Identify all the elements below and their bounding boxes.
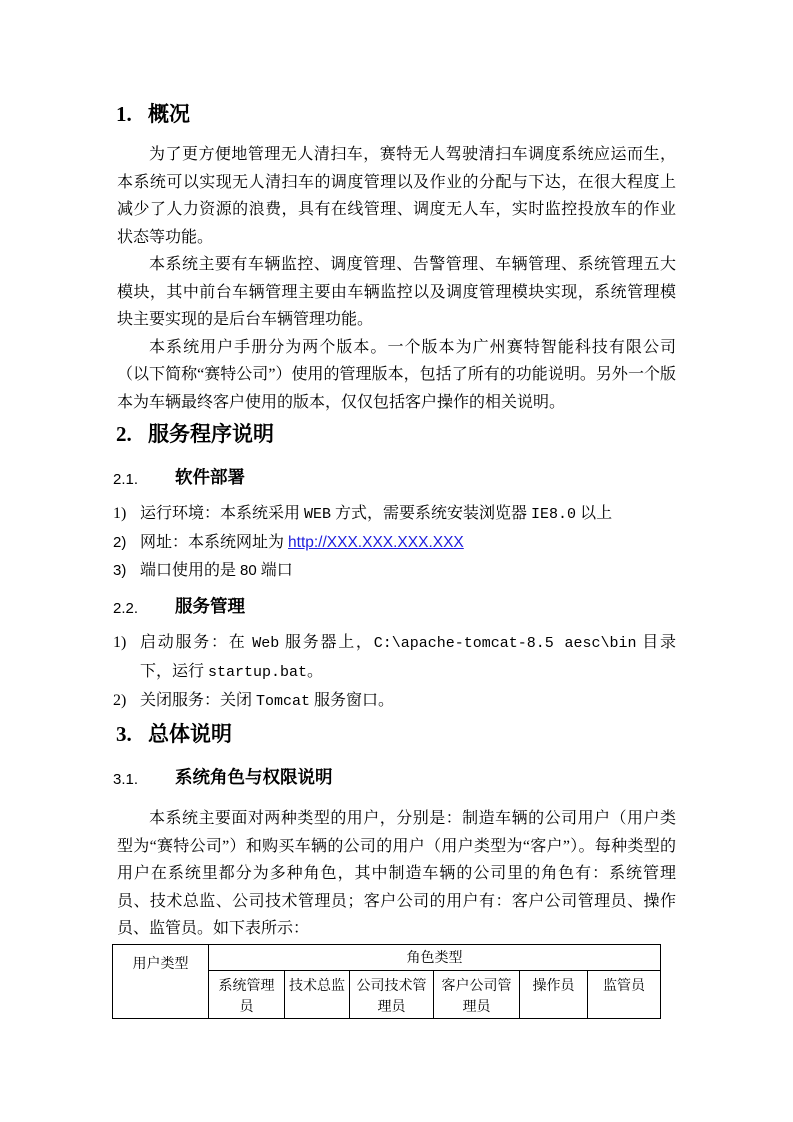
heading-software-deployment: 2.1. 软件部署 xyxy=(113,465,676,492)
list-marker: 1) xyxy=(113,629,140,687)
text-run: 运行环境：本系统采用 xyxy=(140,505,304,522)
code-run: IE8.0 xyxy=(531,506,576,523)
text-run: 。 xyxy=(307,663,323,680)
code-run: WEB xyxy=(304,506,331,523)
heading-service-program: 2. 服务程序说明 xyxy=(113,420,676,448)
heading-overview: 1. 概况 xyxy=(113,100,676,128)
heading-number: 2.1. xyxy=(113,465,175,492)
user-type-header-cell: 用户类型 xyxy=(113,944,209,1018)
heading-title: 系统角色与权限说明 xyxy=(175,765,333,792)
heading-number: 3. xyxy=(116,720,148,748)
list-item-text: 关闭服务：关闭 Tomcat 服务窗口。 xyxy=(140,687,676,716)
heading-number: 2.2. xyxy=(113,594,175,621)
heading-title: 概况 xyxy=(148,100,190,128)
text-run: 启动服务：在 xyxy=(140,634,252,651)
heading-title: 服务程序说明 xyxy=(148,420,274,448)
service-management-list: 1) 启动服务：在 Web 服务器上，C:\apache-tomcat-8.5 … xyxy=(113,629,676,716)
text-run: 端口使用的是 xyxy=(140,562,240,579)
list-item-text: 运行环境：本系统采用 WEB 方式，需要系统安装浏览器 IE8.0 以上 xyxy=(140,500,676,529)
list-item: 1) 运行环境：本系统采用 WEB 方式，需要系统安装浏览器 IE8.0 以上 xyxy=(113,500,676,529)
text-run: 以上 xyxy=(576,505,612,522)
system-url-link[interactable]: http://XXX.XXX.XXX.XXX xyxy=(288,534,464,551)
list-item-text: 端口使用的是 80 端口 xyxy=(140,557,676,585)
text-run: 服务窗口。 xyxy=(310,692,394,709)
heading-number: 3.1. xyxy=(113,765,175,792)
heading-general-description: 3. 总体说明 xyxy=(113,720,676,748)
list-item: 2) 关闭服务：关闭 Tomcat 服务窗口。 xyxy=(113,687,676,716)
roles-paragraph: 本系统主要面对两种类型的用户，分别是：制造车辆的公司用户（用户类型为“赛特公司”… xyxy=(117,805,676,943)
list-item: 2) 网址：本系统网址为 http://XXX.XXX.XXX.XXX xyxy=(113,529,676,557)
role-cell-tech-director: 技术总监 xyxy=(285,970,350,1018)
heading-number: 1. xyxy=(116,100,148,128)
heading-roles-permissions: 3.1. 系统角色与权限说明 xyxy=(113,765,676,792)
list-marker: 1) xyxy=(113,500,140,529)
port-number: 80 xyxy=(240,562,257,579)
text-run: 服务器上， xyxy=(279,634,373,651)
deployment-list: 1) 运行环境：本系统采用 WEB 方式，需要系统安装浏览器 IE8.0 以上 … xyxy=(113,500,676,585)
text-run: 端口 xyxy=(257,562,293,579)
document-page: 1. 概况 为了更方便地管理无人清扫车，赛特无人驾驶清扫车调度系统应运而生，本系… xyxy=(0,0,793,1122)
role-cell-company-tech-admin: 公司技术管理员 xyxy=(350,970,434,1018)
code-run: Tomcat xyxy=(256,693,310,710)
heading-title: 服务管理 xyxy=(175,594,245,621)
role-type-header-cell: 角色类型 xyxy=(209,944,661,970)
heading-service-management: 2.2. 服务管理 xyxy=(113,594,676,621)
role-cell-customer-company-admin: 客户公司管理员 xyxy=(434,970,520,1018)
list-item-text: 启动服务：在 Web 服务器上，C:\apache-tomcat-8.5 aes… xyxy=(140,629,676,687)
role-cell-supervisor: 监管员 xyxy=(588,970,661,1018)
role-cell-system-admin: 系统管理员 xyxy=(209,970,285,1018)
table-row: 用户类型 角色类型 xyxy=(113,944,661,970)
list-marker: 2) xyxy=(113,529,140,557)
list-item-text: 网址：本系统网址为 http://XXX.XXX.XXX.XXX xyxy=(140,529,676,557)
heading-number: 2. xyxy=(116,420,148,448)
roles-table: 用户类型 角色类型 系统管理员 技术总监 公司技术管理员 客户公司管理员 操作员… xyxy=(112,944,661,1019)
list-marker: 2) xyxy=(113,687,140,716)
text-run: 网址：本系统网址为 xyxy=(140,534,288,551)
code-run: C:\apache-tomcat-8.5 aesc\bin xyxy=(374,635,637,652)
overview-paragraph-2: 本系统主要有车辆监控、调度管理、告警管理、车辆管理、系统管理五大模块，其中前台车… xyxy=(117,251,676,334)
overview-paragraph-3: 本系统用户手册分为两个版本。一个版本为广州赛特智能科技有限公司（以下简称“赛特公… xyxy=(117,334,676,417)
list-marker: 3) xyxy=(113,557,140,585)
text-run: 方式，需要系统安装浏览器 xyxy=(331,505,531,522)
heading-title: 总体说明 xyxy=(148,720,232,748)
list-item: 1) 启动服务：在 Web 服务器上，C:\apache-tomcat-8.5 … xyxy=(113,629,676,687)
code-run: startup.bat xyxy=(208,664,307,681)
text-run: 关闭服务：关闭 xyxy=(140,692,256,709)
heading-title: 软件部署 xyxy=(175,465,245,492)
role-cell-operator: 操作员 xyxy=(520,970,588,1018)
overview-paragraph-1: 为了更方便地管理无人清扫车，赛特无人驾驶清扫车调度系统应运而生，本系统可以实现无… xyxy=(117,141,676,251)
list-item: 3) 端口使用的是 80 端口 xyxy=(113,557,676,585)
code-run: Web xyxy=(252,635,279,652)
